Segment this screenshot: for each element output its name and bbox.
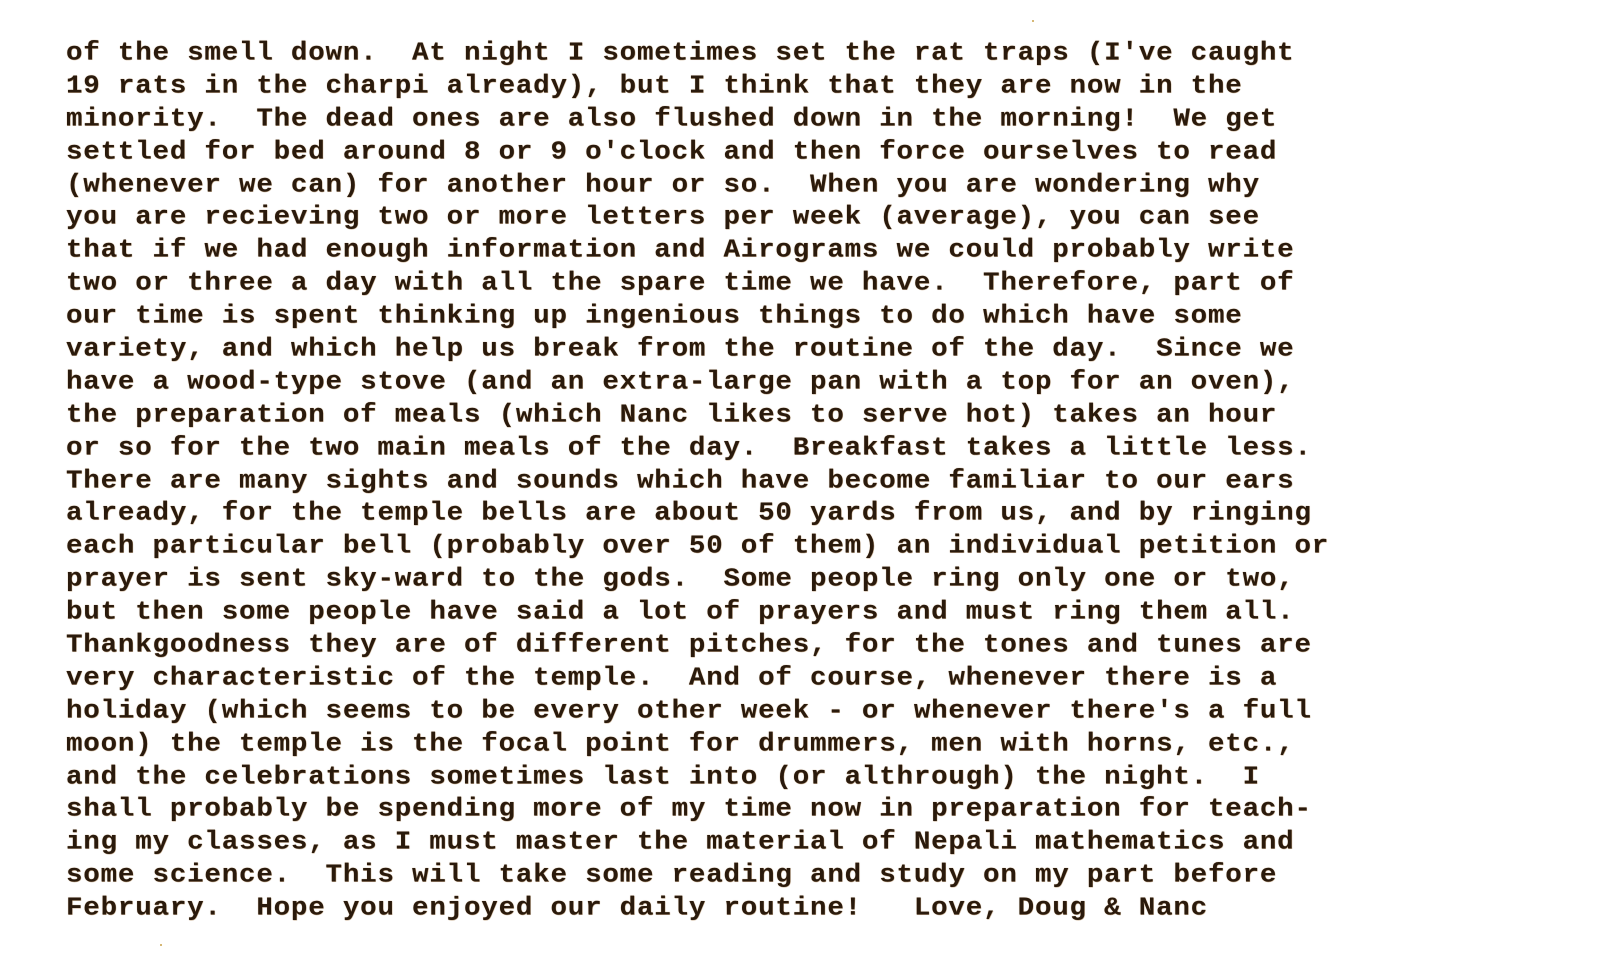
letter-line: each particular bell (probably over 50 o… — [66, 533, 1329, 564]
letter-line: prayer is sent sky-ward to the gods. Som… — [66, 565, 1329, 596]
letter-line: that if we had enough information and Ai… — [66, 236, 1329, 267]
letter-line: shall probably be spending more of my ti… — [66, 796, 1329, 827]
letter-line: holiday (which seems to be every other w… — [66, 697, 1329, 728]
letter-line: There are many sights and sounds which h… — [66, 467, 1329, 498]
letter-line: already, for the temple bells are about … — [66, 500, 1329, 531]
letter-body: of the smell down. At night I sometimes … — [66, 38, 1329, 926]
letter-line: 19 rats in the charpi already), but I th… — [66, 72, 1329, 103]
letter-line: have a wood-type stove (and an extra-lar… — [66, 368, 1329, 399]
letter-line: very characteristic of the temple. And o… — [66, 664, 1329, 695]
letter-page: of the smell down. At night I sometimes … — [0, 0, 1601, 976]
letter-line: settled for bed around 8 or 9 o'clock an… — [66, 138, 1329, 169]
letter-line: our time is spent thinking up ingenious … — [66, 302, 1329, 333]
letter-line: some science. This will take some readin… — [66, 861, 1329, 892]
letter-line: but then some people have said a lot of … — [66, 598, 1329, 629]
paper-speck — [160, 944, 162, 946]
letter-line: the preparation of meals (which Nanc lik… — [66, 401, 1329, 432]
letter-line: Thankgoodness they are of different pitc… — [66, 631, 1329, 662]
paper-speck — [1032, 20, 1034, 22]
letter-line: and the celebrations sometimes last into… — [66, 763, 1329, 794]
letter-line: two or three a day with all the spare ti… — [66, 269, 1329, 300]
letter-line: February. Hope you enjoyed our daily rou… — [66, 894, 1329, 925]
letter-line: (whenever we can) for another hour or so… — [66, 171, 1329, 202]
letter-line: minority. The dead ones are also flushed… — [66, 105, 1329, 136]
letter-line: ing my classes, as I must master the mat… — [66, 829, 1329, 860]
letter-line: you are recieving two or more letters pe… — [66, 204, 1329, 235]
letter-line: variety, and which help us break from th… — [66, 335, 1329, 366]
letter-line: of the smell down. At night I sometimes … — [66, 39, 1329, 70]
letter-line: moon) the temple is the focal point for … — [66, 730, 1329, 761]
letter-line: or so for the two main meals of the day.… — [66, 434, 1329, 465]
